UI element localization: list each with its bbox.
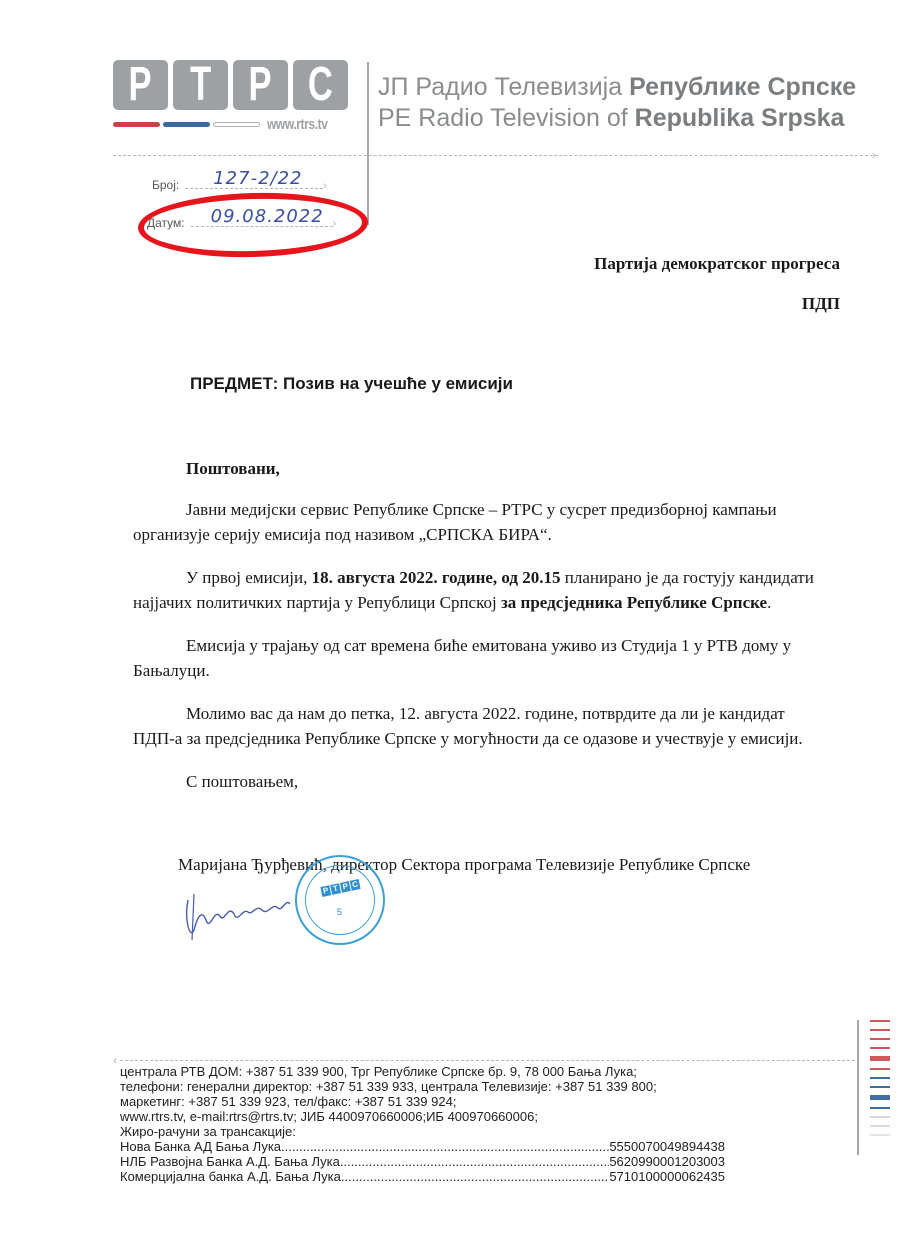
paragraph-broadcast: Емисија у трајању од сат времена биће ем…: [133, 633, 823, 683]
header-divider: [367, 62, 369, 225]
bank-account-row: НЛБ Развојна Банка А.Д. Бања Лука ......…: [120, 1154, 725, 1169]
recipient-party: Партија демократског прогреса: [594, 254, 840, 274]
decorative-stripes: [870, 1020, 890, 1143]
rtrs-logo: Р Т Р С www.rtrs.tv: [113, 60, 350, 130]
logo-flag-row: www.rtrs.tv: [113, 116, 350, 133]
stamp-inner-ring: [305, 865, 375, 935]
arrow-right-icon: ›: [872, 148, 876, 162]
logo-letters: Р Т Р С: [113, 60, 350, 110]
arrow-right-icon: ›: [323, 180, 327, 192]
organization-name: ЈП Радио Телевизија Републике Српске PE …: [378, 72, 856, 134]
header-dashed-rule: [113, 155, 878, 156]
official-stamp: Р Т Р С 5: [295, 855, 385, 945]
logo-tile: Р: [113, 60, 168, 110]
footer-web-ids: www.rtrs.tv, e-mail:rtrs@rtrs.tv; ЈИБ 44…: [120, 1109, 725, 1124]
org-name-serbian: ЈП Радио Телевизија Републике Српске: [378, 72, 856, 103]
footer-marketing: маркетинг: +387 51 339 923, тел/факс: +3…: [120, 1094, 725, 1109]
footer-divider: [857, 1020, 859, 1155]
signatory: Маријана Ђурђевић, директор Сектора прог…: [178, 852, 828, 877]
flag-blue-stripe: [163, 122, 210, 127]
paragraph-request: Молимо вас да нам до петка, 12. августа …: [133, 701, 823, 751]
logo-tile: Т: [173, 60, 228, 110]
logo-tile: С: [293, 60, 348, 110]
bank-account-row: Нова Банка АД Бања Лука ................…: [120, 1139, 725, 1154]
arrow-left-icon: ‹: [113, 1053, 117, 1067]
recipient-abbr: ПДП: [802, 294, 840, 314]
logo-tile: Р: [233, 60, 288, 110]
date-highlight-circle: [137, 190, 369, 260]
reference-number-field: Број: 127-2/22 ›: [152, 178, 327, 192]
letter-body: Поштовани, Јавни медијски сервис Републи…: [133, 456, 823, 794]
org-name-english: PE Radio Television of Republika Srpska: [378, 103, 856, 134]
logo-url: www.rtrs.tv: [267, 116, 328, 133]
stamp-number: 5: [337, 907, 342, 917]
footer-address: централа РТВ ДОМ: +387 51 339 900, Трг Р…: [120, 1064, 725, 1079]
greeting: Поштовани,: [133, 456, 823, 481]
bank-account-row: Комерцијална банка А.Д. Бања Лука ......…: [120, 1169, 725, 1184]
footer-phones: телефони: генерални директор: +387 51 33…: [120, 1079, 725, 1094]
footer-dashed-rule: [120, 1060, 855, 1061]
flag-white-stripe: [213, 122, 260, 127]
paragraph-intro: Јавни медијски сервис Републике Српске –…: [133, 497, 823, 547]
number-label: Број:: [152, 178, 179, 192]
number-value: 127-2/22: [213, 168, 302, 189]
flag-red-stripe: [113, 122, 160, 127]
closing: С поштовањем,: [133, 769, 823, 794]
paragraph-first-show: У првој емисији, 18. августа 2022. годин…: [133, 565, 823, 615]
footer-contact: централа РТВ ДОМ: +387 51 339 900, Трг Р…: [120, 1064, 725, 1184]
subject-line: ПРЕДМЕТ: Позив на учешће у емисији: [190, 374, 513, 394]
footer-accounts-label: Жиро-рачуни за трансакције:: [120, 1124, 725, 1139]
handwritten-signature: [180, 890, 300, 950]
